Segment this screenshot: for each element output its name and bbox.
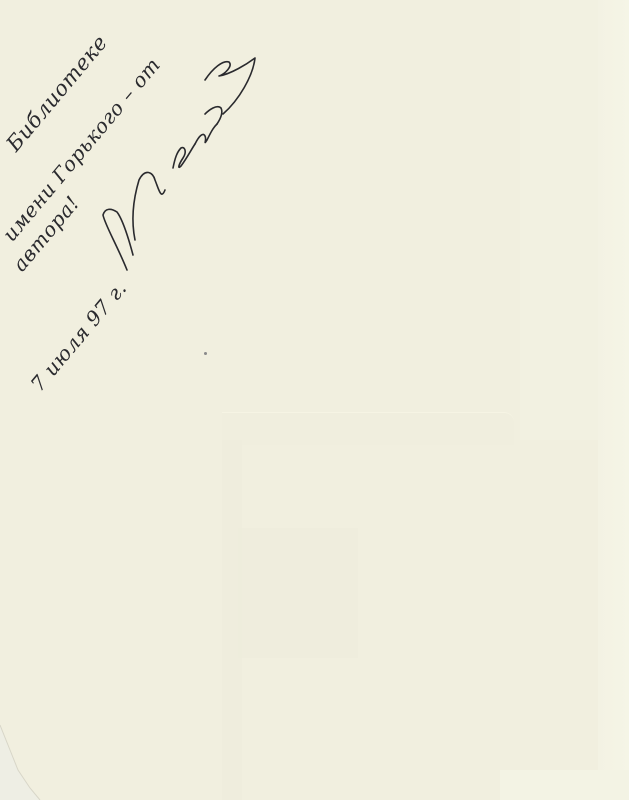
inscription-date: 7 июля 97 г. <box>26 276 132 396</box>
document-page: Библиотеке имени Горького – от автора! 7… <box>0 0 629 800</box>
signature-icon <box>95 40 265 280</box>
handwritten-inscription: Библиотеке имени Горького – от автора! 7… <box>0 0 629 800</box>
